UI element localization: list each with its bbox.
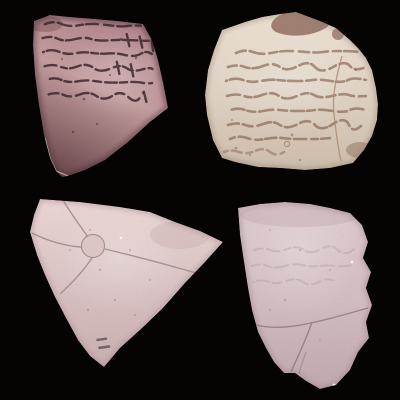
spall-ring: [82, 235, 105, 258]
ostraca-photograph: [0, 0, 400, 400]
surface-glint: [351, 261, 354, 264]
ostraca-photo-svg: [0, 0, 400, 400]
surface-glint: [120, 237, 123, 240]
